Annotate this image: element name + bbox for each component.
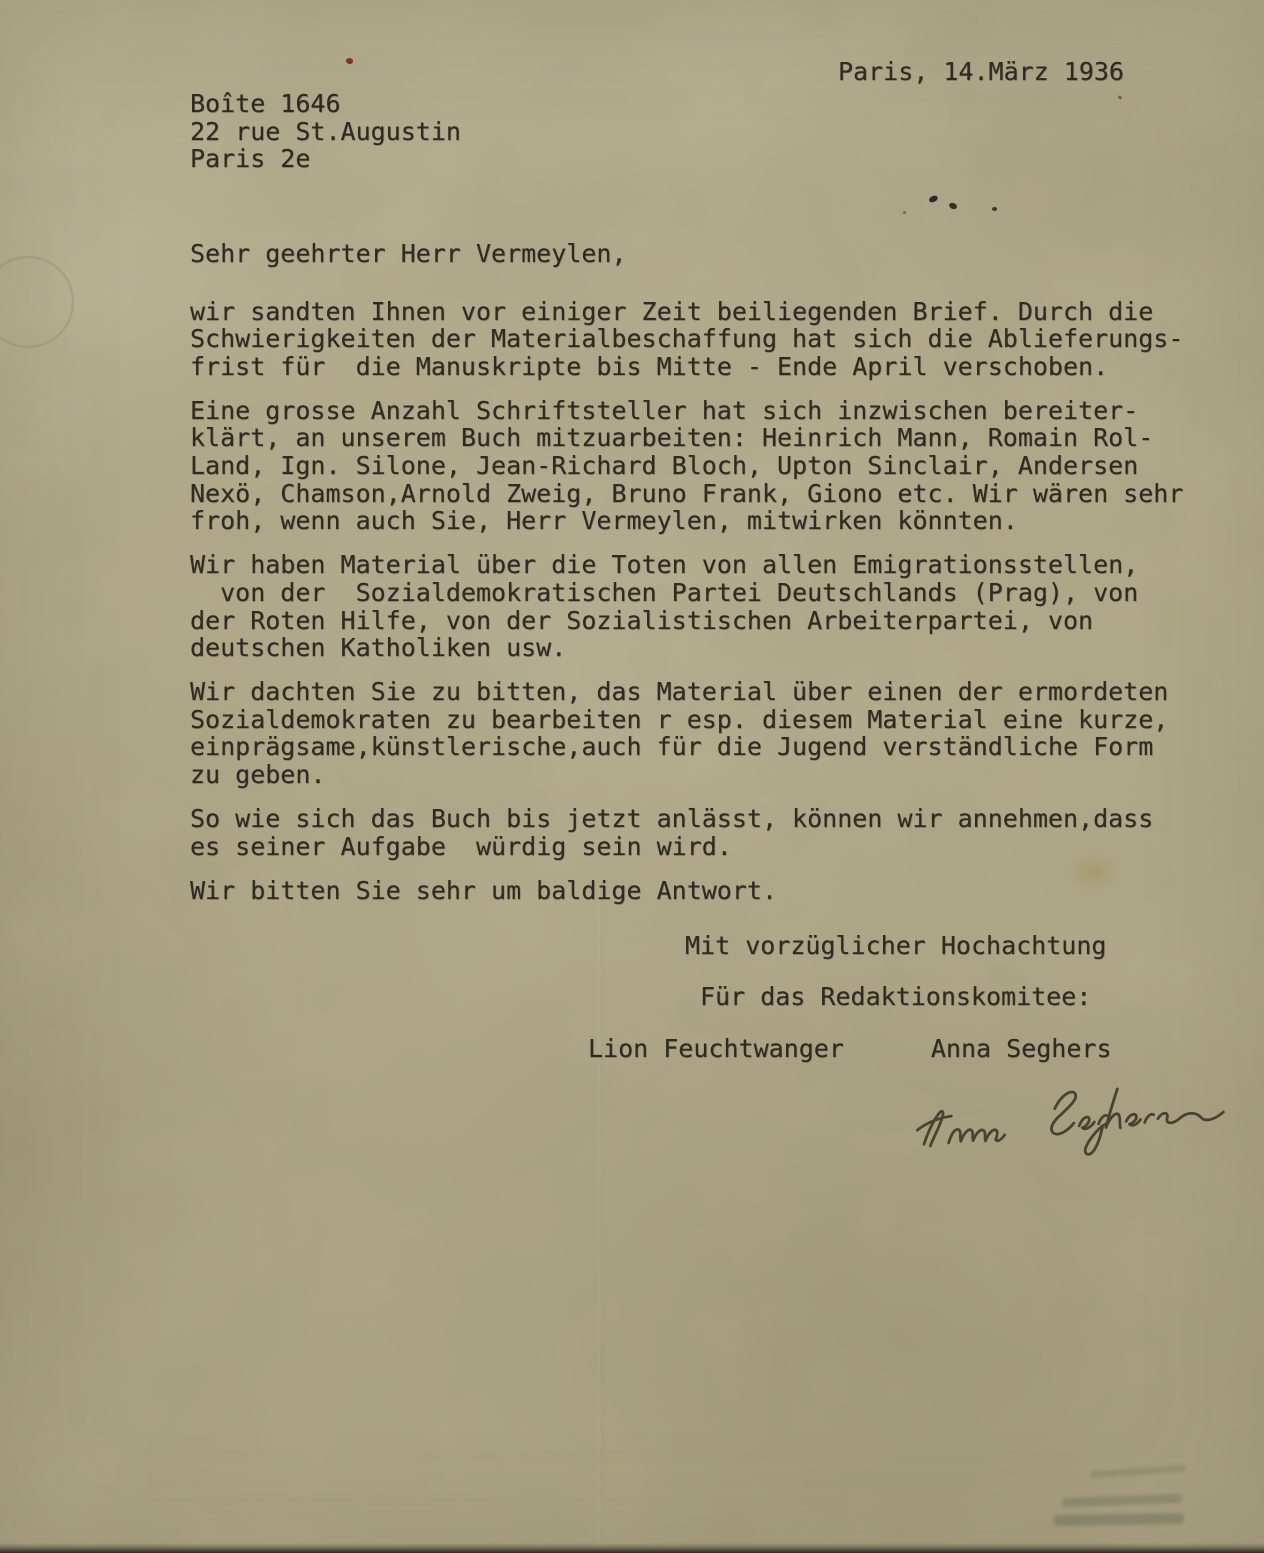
- ink-speck: [1118, 95, 1123, 100]
- text-line: zu geben.: [190, 761, 1264, 789]
- committee-line: Für das Redaktionskomitee:: [700, 983, 1264, 1011]
- letter-page: Paris, 14.März 1936 Boîte 164622 rue St.…: [0, 0, 1264, 1553]
- text-line: Eine grosse Anzahl Schriftsteller hat si…: [190, 397, 1264, 425]
- text-line: Wir haben Material über die Toten von al…: [190, 551, 1264, 579]
- text-line: Nexö, Chamson,Arnold Zweig, Bruno Frank,…: [190, 480, 1264, 508]
- ink-speck: [903, 211, 906, 214]
- signatory-feuchtwanger: Lion Feuchtwanger: [588, 1035, 844, 1063]
- paragraph-1: wir sandten Ihnen vor einiger Zeit beili…: [190, 298, 1264, 381]
- signatory-seghers: Anna Seghers: [931, 1035, 1112, 1063]
- text-line: So wie sich das Buch bis jetzt anlässt, …: [190, 805, 1264, 833]
- text-line: der Roten Hilfe, von der Sozialistischen…: [190, 607, 1264, 635]
- text-line: von der Sozialdemokratischen Partei Deut…: [190, 579, 1264, 607]
- ring-stain: [0, 256, 74, 348]
- text-line: froh, wenn auch Sie, Herr Vermeylen, mit…: [190, 507, 1264, 535]
- date-line: Paris, 14.März 1936: [838, 58, 1124, 86]
- stamp-mark: [1054, 1513, 1184, 1526]
- sender-address: Boîte 164622 rue St.AugustinParis 2e: [190, 90, 461, 173]
- text-line: Wir dachten Sie zu bitten, das Material …: [190, 678, 1264, 706]
- text-line: deutschen Katholiken usw.: [190, 634, 1264, 662]
- text-line: frist für die Manuskripte bis Mitte - En…: [190, 353, 1264, 381]
- text-line: Boîte 1646: [190, 90, 461, 118]
- handwritten-signature: [914, 1068, 1237, 1181]
- letter-body: Sehr geehrter Herr Vermeylen, wir sandte…: [190, 240, 1264, 1063]
- archive-stamp-faint: [1052, 1462, 1212, 1542]
- valediction: Mit vorzüglicher Hochachtung: [685, 932, 1264, 960]
- red-ink-speck: [345, 57, 354, 66]
- text-line: klärt, an unserem Buch mitzuarbeiten: He…: [190, 424, 1264, 452]
- scan-edge-shadow: [0, 1543, 1264, 1553]
- text-line: Sozialdemokraten zu bearbeiten r esp. di…: [190, 706, 1264, 734]
- ink-speck: [992, 207, 997, 211]
- ink-speck: [948, 202, 957, 210]
- stamp-mark: [1090, 1465, 1186, 1479]
- salutation: Sehr geehrter Herr Vermeylen,: [190, 240, 1264, 268]
- paragraph-6: Wir bitten Sie sehr um baldige Antwort.: [190, 877, 1264, 905]
- paragraph-3: Wir haben Material über die Toten von al…: [190, 551, 1264, 661]
- text-line: Paris 2e: [190, 145, 461, 173]
- paragraph-4: Wir dachten Sie zu bitten, das Material …: [190, 678, 1264, 788]
- text-line: es seiner Aufgabe würdig sein wird.: [190, 833, 1264, 861]
- stamp-mark: [1062, 1494, 1182, 1507]
- paragraph-2: Eine grosse Anzahl Schriftsteller hat si…: [190, 397, 1264, 535]
- text-line: 22 rue St.Augustin: [190, 118, 461, 146]
- text-line: Schwierigkeiten der Materialbeschaffung …: [190, 325, 1264, 353]
- ink-speck: [928, 195, 938, 203]
- text-line: einprägsame,künstlerische,auch für die J…: [190, 733, 1264, 761]
- paragraph-5: So wie sich das Buch bis jetzt anlässt, …: [190, 805, 1264, 860]
- signatory-names: Lion Feuchtwanger Anna Seghers: [588, 1035, 1264, 1063]
- text-line: Land, Ign. Silone, Jean-Richard Bloch, U…: [190, 452, 1264, 480]
- text-line: wir sandten Ihnen vor einiger Zeit beili…: [190, 298, 1264, 326]
- text-line: Wir bitten Sie sehr um baldige Antwort.: [190, 877, 1264, 905]
